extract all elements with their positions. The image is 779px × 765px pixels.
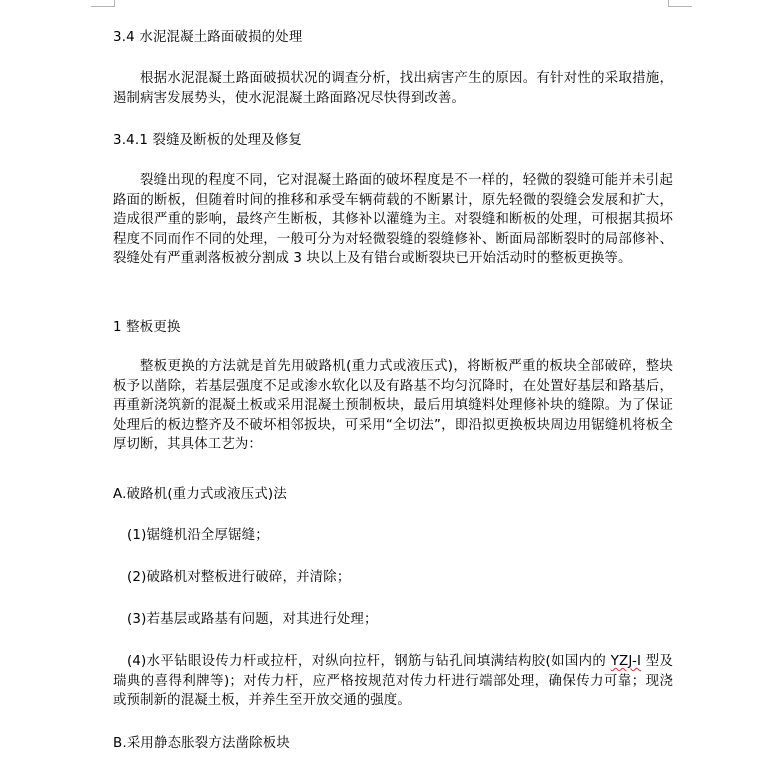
page-corner-mark-right: [668, 0, 692, 7]
spellcheck-flagged-word[interactable]: YZJ-I: [611, 654, 641, 669]
section-heading-3-4: 3.4 水泥混凝土路面破损的处理: [113, 28, 302, 47]
step-2: (2)破路机对整板进行破碎，并清除；: [113, 568, 350, 587]
subheading-plate-replacement: 1 整板更换: [113, 318, 181, 337]
paragraph-replacement-method: 整板更换的方法就是首先用破路机(重力式或液压式)，将断板严重的板块全部破碎，整块…: [113, 357, 673, 455]
step-4: (4)水平钻眼设传力杆或拉杆，对纵向拉杆，钢筋与钻孔间填满结构胶(如国内的 YZ…: [113, 652, 673, 711]
method-b-heading: B.采用静态胀裂方法凿除板块: [113, 734, 290, 753]
step-1: (1)锯缝机沿全厚锯缝；: [113, 526, 269, 545]
method-a-heading: A.破路机(重力式或液压式)法: [113, 485, 287, 504]
step-4-text-before: (4)水平钻眼设传力杆或拉杆，对纵向拉杆，钢筋与钻孔间填满结构胶(如国内的: [127, 654, 611, 669]
paragraph-crack: 裂缝出现的程度不同，它对混凝土路面的破坏程度是不一样的，轻微的裂缝可能并未引起路…: [113, 171, 673, 269]
page-corner-mark-left: [91, 0, 115, 7]
paragraph-intro: 根据水泥混凝土路面破损状况的调查分析，找出病害产生的原因。有针对性的采取措施，遏…: [113, 69, 673, 108]
section-heading-3-4-1: 3.4.1 裂缝及断板的处理及修复: [113, 131, 302, 150]
step-3: (3)若基层或路基有问题，对其进行处理；: [113, 610, 378, 629]
